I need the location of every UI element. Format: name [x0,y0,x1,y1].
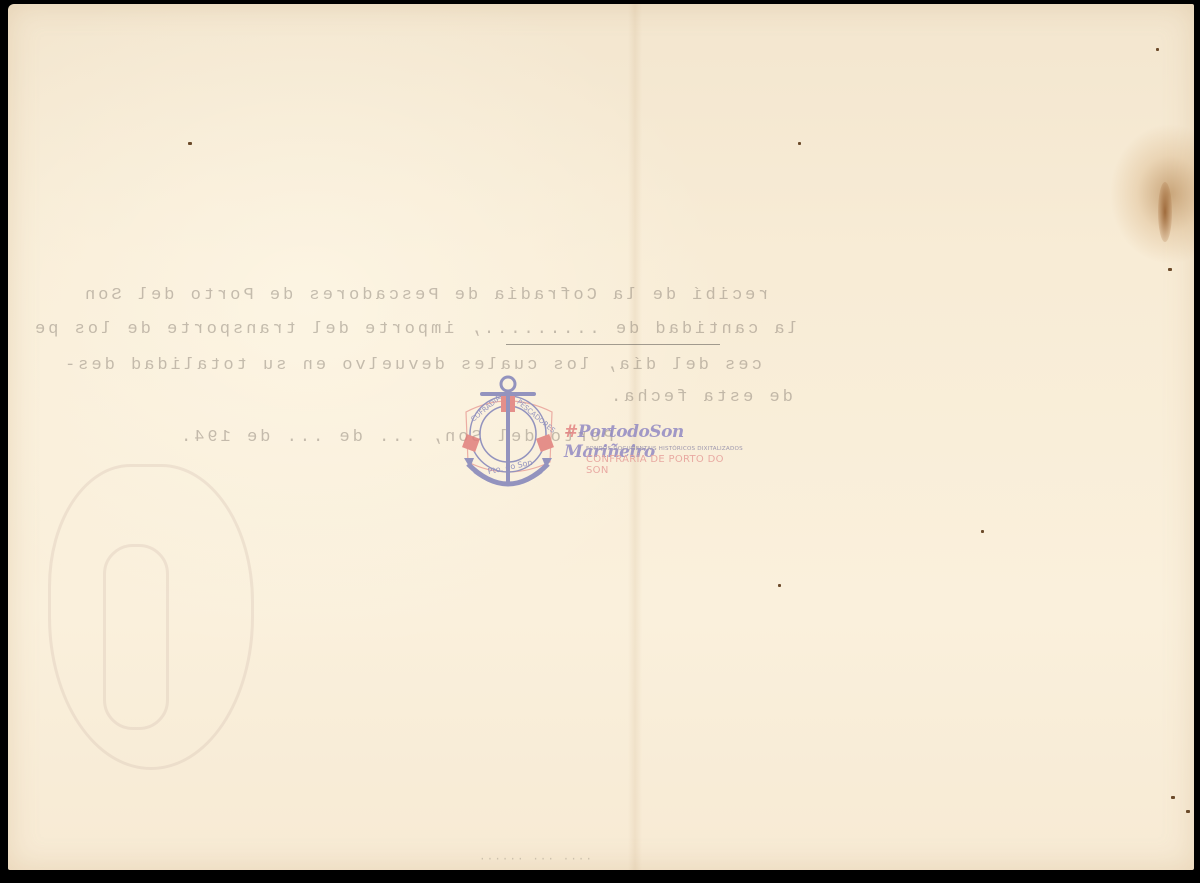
typed-underline [506,344,720,345]
stain [1158,182,1172,242]
svg-text:Pto. do Son: Pto. do Son [487,458,533,476]
paper-speck [188,142,192,145]
paper-speck [798,142,801,145]
paper-speck [778,584,781,587]
archive-watermark: COFRADIA PESCADORES Pto. do Son #Portodo… [458,372,748,512]
bleed-through-line: recibí de la Cofradía de Pescadores de P… [82,286,769,305]
paper-speck [1186,810,1190,813]
bottom-ghost-text: ···· ··· ······ [478,854,592,866]
paper-speck [1168,268,1172,271]
bleed-through-line: la cantidad de ........., importe del tr… [32,320,798,339]
watermark-organization: CONFRARÍA DE PORTO DO SON [586,454,748,476]
hashtag: # [564,422,578,442]
paper-speck [1171,796,1175,799]
ghost-stamp-outline [103,544,169,730]
anchor-lifebuoy-icon: COFRADIA PESCADORES Pto. do Son [458,372,562,508]
watermark-subtitle: FONDOS DOCUMENTAIS HISTÓRICOS DIXITALIZA… [586,446,743,452]
paper-speck [981,530,984,533]
paper-speck [1156,48,1159,51]
